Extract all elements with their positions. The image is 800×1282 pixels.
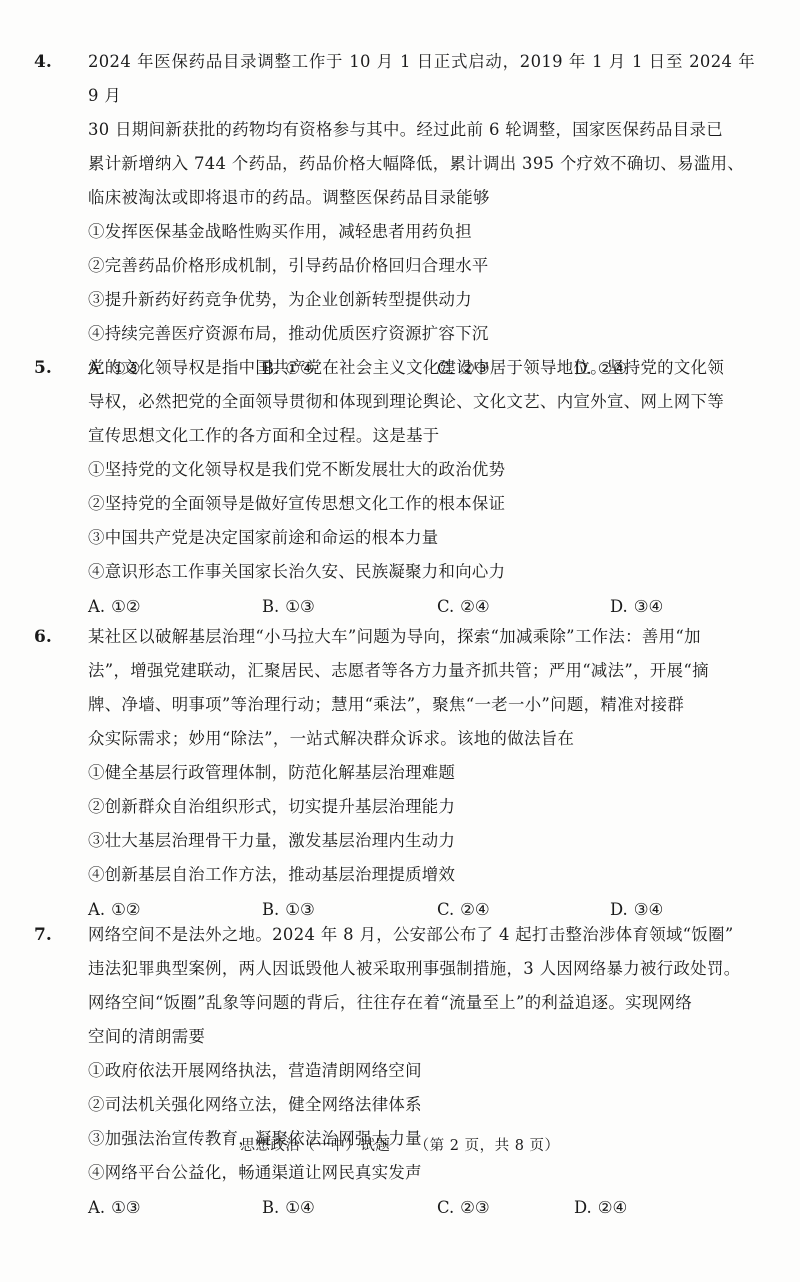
question-stem-line: 众实际需求；妙用“除法”，一站式解决群众诉求。该地的做法旨在	[88, 722, 755, 756]
question-stem-line: 党的文化领导权是指中国共产党在社会主义文化建设中居于领导地位。坚持党的文化领	[88, 351, 755, 385]
statement-4: ④创新基层自治工作方法，推动基层治理提质增效	[88, 858, 755, 892]
statement-3: ③壮大基层治理骨干力量，激发基层治理内生动力	[88, 824, 755, 858]
question-stem-line: 某社区以破解基层治理“小马拉大车”问题为导向，探索“加减乘除”工作法：善用“加	[88, 620, 755, 654]
footer-subject: 思想政治（一中）试题	[240, 1138, 390, 1154]
option-a[interactable]: A.①③	[88, 1190, 140, 1226]
statement-4: ④意识形态工作事关国家长治久安、民族凝聚力和向心力	[88, 555, 755, 589]
question-stem-line: 网络空间“饭圈”乱象等问题的背后，往往存在着“流量至上”的利益追逐。实现网络	[88, 986, 755, 1020]
question-body: 某社区以破解基层治理“小马拉大车”问题为导向，探索“加减乘除”工作法：善用“加 …	[88, 620, 755, 928]
question-number: 4.	[34, 45, 52, 79]
question-number: 5.	[34, 351, 52, 385]
question-number: 6.	[34, 620, 52, 654]
question-stem-line: 空间的清朗需要	[88, 1020, 755, 1054]
statement-2: ②司法机关强化网络立法，健全网络法律体系	[88, 1088, 755, 1122]
question-stem-line: 累计新增纳入 744 个药品，药品价格大幅降低，累计调出 395 个疗效不确切、…	[88, 147, 755, 181]
statement-1: ①政府依法开展网络执法，营造清朗网络空间	[88, 1054, 755, 1088]
question-body: 2024 年医保药品目录调整工作于 10 月 1 日正式启动，2019 年 1 …	[88, 45, 755, 387]
question-number: 7.	[34, 918, 52, 952]
exam-page: 4. 2024 年医保药品目录调整工作于 10 月 1 日正式启动，2019 年…	[0, 0, 800, 1282]
option-d[interactable]: D.②④	[574, 1190, 627, 1226]
answer-options: A.①③ B.①④ C.②③ D.②④	[88, 1190, 755, 1226]
question-stem-line: 2024 年医保药品目录调整工作于 10 月 1 日正式启动，2019 年 1 …	[88, 45, 755, 113]
question-stem-line: 法”，增强党建联动，汇聚居民、志愿者等各方力量齐抓共管；严用“减法”，开展“摘	[88, 654, 755, 688]
statement-3: ③中国共产党是决定国家前途和命运的根本力量	[88, 521, 755, 555]
option-c[interactable]: C.②③	[437, 1190, 490, 1226]
question-stem-line: 违法犯罪典型案例，两人因诋毁他人被采取刑事强制措施，3 人因网络暴力被行政处罚。	[88, 952, 755, 986]
statement-4: ④网络平台公益化，畅通渠道让网民真实发声	[88, 1156, 755, 1190]
question-stem-line: 网络空间不是法外之地。2024 年 8 月，公安部公布了 4 起打击整治涉体育领…	[88, 918, 755, 952]
statement-2: ②创新群众自治组织形式，切实提升基层治理能力	[88, 790, 755, 824]
statement-2: ②完善药品价格形成机制，引导药品价格回归合理水平	[88, 249, 755, 283]
statement-1: ①坚持党的文化领导权是我们党不断发展壮大的政治优势	[88, 453, 755, 487]
question-body: 网络空间不是法外之地。2024 年 8 月，公安部公布了 4 起打击整治涉体育领…	[88, 918, 755, 1226]
statement-2: ②坚持党的全面领导是做好宣传思想文化工作的根本保证	[88, 487, 755, 521]
page-footer: 思想政治（一中）试题 （第 2 页，共 8 页）	[0, 1136, 800, 1156]
statement-4: ④持续完善医疗资源布局，推动优质医疗资源扩容下沉	[88, 317, 755, 351]
question-stem-line: 宣传思想文化工作的各方面和全过程。这是基于	[88, 419, 755, 453]
question-stem-line: 导权，必然把党的全面领导贯彻和体现到理论舆论、文化文艺、内宣外宣、网上网下等	[88, 385, 755, 419]
statement-1: ①发挥医保基金战略性购买作用，减轻患者用药负担	[88, 215, 755, 249]
statement-3: ③提升新药好药竞争优势，为企业创新转型提供动力	[88, 283, 755, 317]
question-body: 党的文化领导权是指中国共产党在社会主义文化建设中居于领导地位。坚持党的文化领 导…	[88, 351, 755, 625]
footer-page-info: （第 2 页，共 8 页）	[415, 1138, 560, 1154]
question-stem-line: 临床被淘汰或即将退市的药品。调整医保药品目录能够	[88, 181, 755, 215]
question-stem-line: 30 日期间新获批的药物均有资格参与其中。经过此前 6 轮调整，国家医保药品目录…	[88, 113, 755, 147]
question-stem-line: 牌、净墙、明事项”等治理行动；慧用“乘法”，聚焦“一老一小”问题，精准对接群	[88, 688, 755, 722]
option-b[interactable]: B.①④	[262, 1190, 315, 1226]
statement-1: ①健全基层行政管理体制，防范化解基层治理难题	[88, 756, 755, 790]
